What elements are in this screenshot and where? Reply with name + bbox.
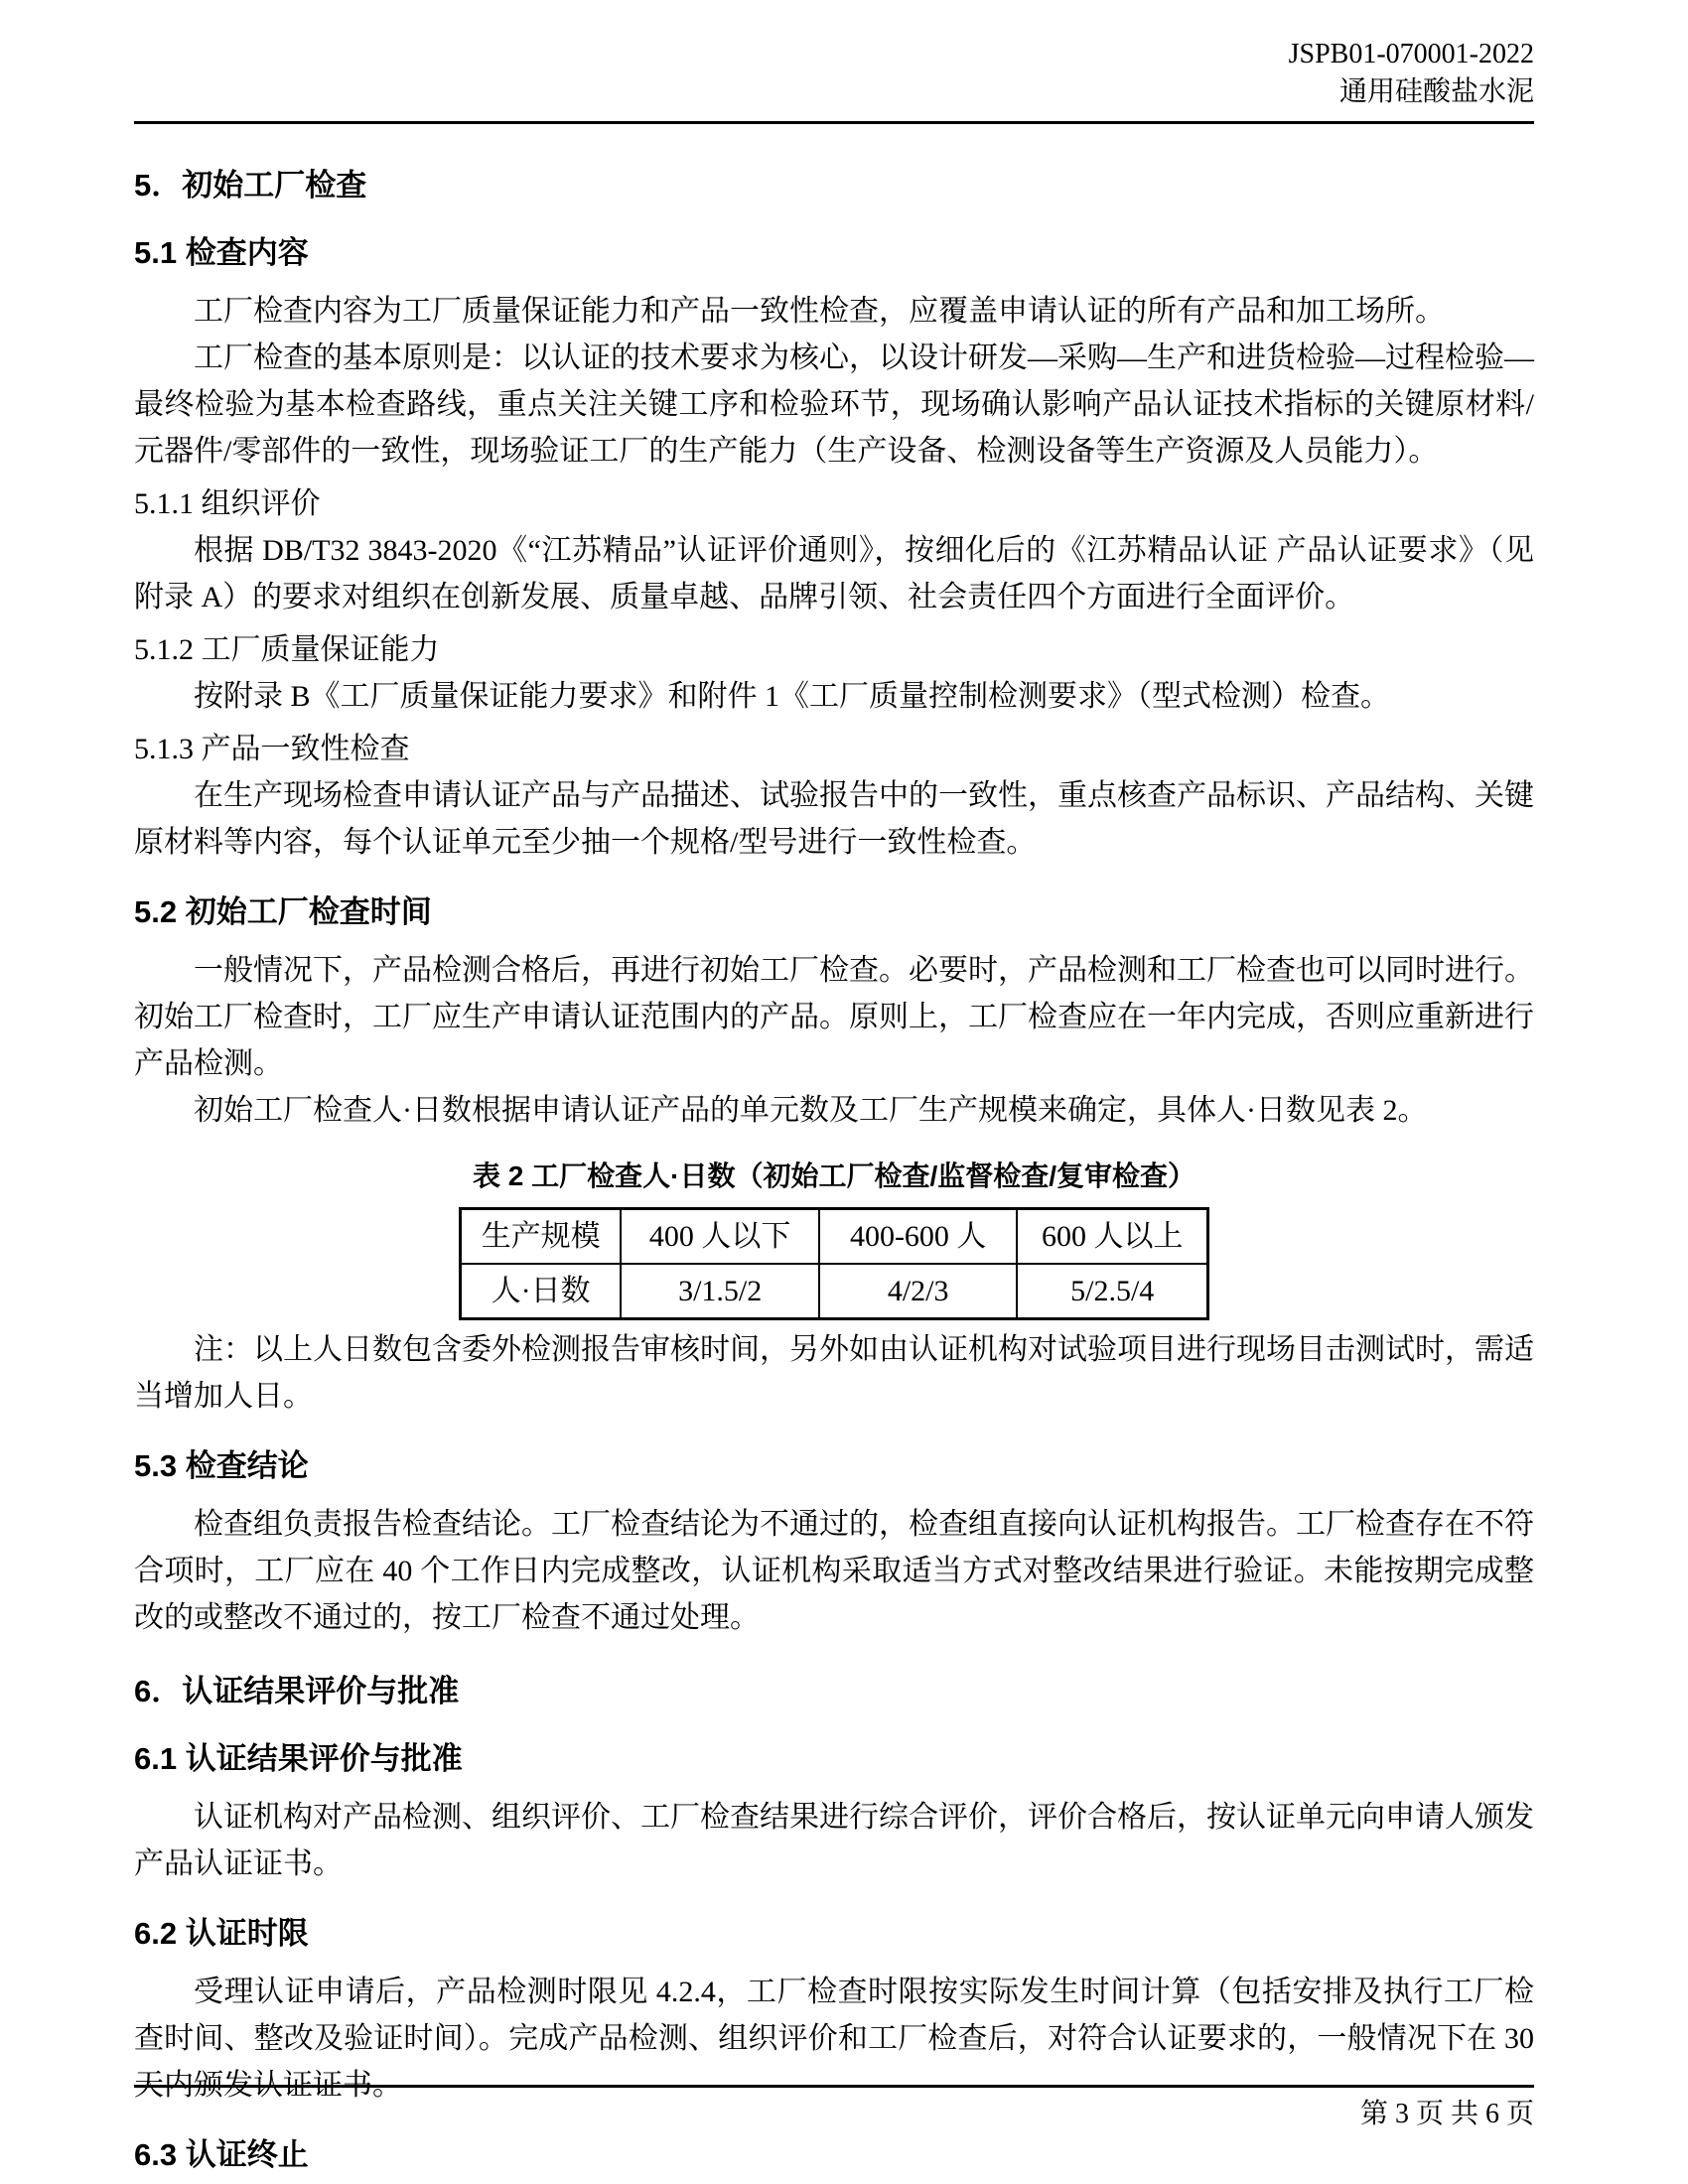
document-body: 5．初始工厂检查 5.1 检查内容 工厂检查内容为工厂质量保证能力和产品一致性检… [134,149,1534,2184]
paragraph: 工厂检查的基本原则是：以认证的技术要求为核心，以设计研发—采购—生产和进货检验—… [134,335,1534,475]
table-row-header: 生产规模 400 人以下 400-600 人 600 人以上 [461,1209,1208,1265]
heading-5: 5．初始工厂检查 [134,165,1534,206]
heading-5-1: 5.1 检查内容 [134,232,1534,274]
paragraph: 检查组负责报告检查结论。工厂检查结论为不通过的，检查组直接向认证机构报告。工厂检… [134,1501,1534,1641]
table-cell: 4/2/3 [819,1264,1018,1319]
heading-6: 6．认证结果评价与批准 [134,1671,1534,1712]
doc-product-title: 通用硅酸盐水泥 [134,73,1534,111]
heading-6-1: 6.1 认证结果评价与批准 [134,1738,1534,1780]
page-number: 第 3 页 共 6 页 [1360,2099,1534,2129]
table-cell: 生产规模 [461,1209,622,1265]
paragraph: 一般情况下，产品检测合格后，再进行初始工厂检查。必要时，产品检测和工厂检查也可以… [134,947,1534,1087]
table-cell: 3/1.5/2 [621,1264,819,1319]
table-cell: 人·日数 [461,1264,622,1319]
table-cell: 400-600 人 [819,1209,1018,1265]
table-2-title: 表 2 工厂检查人·日数（初始工厂检查/监督检查/复审检查） [134,1158,1534,1195]
page-header: JSPB01-070001-2022 通用硅酸盐水泥 [134,36,1534,124]
paragraph: 按附录 B《工厂质量保证能力要求》和附件 1《工厂质量控制检测要求》（型式检测）… [134,673,1534,720]
heading-5-2: 5.2 初始工厂检查时间 [134,891,1534,933]
paragraph: 在生产现场检查申请认证产品与产品描述、试验报告中的一致性，重点核查产品标识、产品… [134,772,1534,866]
table-2: 生产规模 400 人以下 400-600 人 600 人以上 人·日数 3/1.… [459,1207,1209,1320]
heading-5-3: 5.3 检查结论 [134,1445,1534,1487]
heading-5-1-2: 5.1.2 工厂质量保证能力 [134,626,1534,673]
paragraph: 认证机构对产品检测、组织评价、工厂检查结果进行综合评价，评价合格后，按认证单元向… [134,1794,1534,1887]
table-note: 注：以上人日数包含委外检测报告审核时间，另外如由认证机构对试验项目进行现场目击测… [134,1326,1534,1420]
table-row-data: 人·日数 3/1.5/2 4/2/3 5/2.5/4 [461,1264,1208,1319]
heading-5-1-1: 5.1.1 组织评价 [134,480,1534,527]
doc-number: JSPB01-070001-2022 [134,36,1534,73]
page-footer: 第 3 页 共 6 页 [134,2085,1534,2133]
paragraph: 根据 DB/T32 3843-2020《“江苏精品”认证评价通则》，按细化后的《… [134,527,1534,620]
heading-6-3: 6.3 认证终止 [134,2134,1534,2176]
paragraph: 初始工厂检查人·日数根据申请认证产品的单元数及工厂生产规模来确定，具体人·日数见… [134,1087,1534,1134]
heading-5-1-3: 5.1.3 产品一致性检查 [134,726,1534,772]
table-cell: 600 人以上 [1017,1209,1207,1265]
table-cell: 5/2.5/4 [1017,1264,1207,1319]
table-cell: 400 人以下 [621,1209,819,1265]
heading-6-2: 6.2 认证时限 [134,1913,1534,1955]
document-page: JSPB01-070001-2022 通用硅酸盐水泥 5．初始工厂检查 5.1 … [0,0,1688,2184]
paragraph: 工厂检查内容为工厂质量保证能力和产品一致性检查，应覆盖申请认证的所有产品和加工场… [134,288,1534,335]
